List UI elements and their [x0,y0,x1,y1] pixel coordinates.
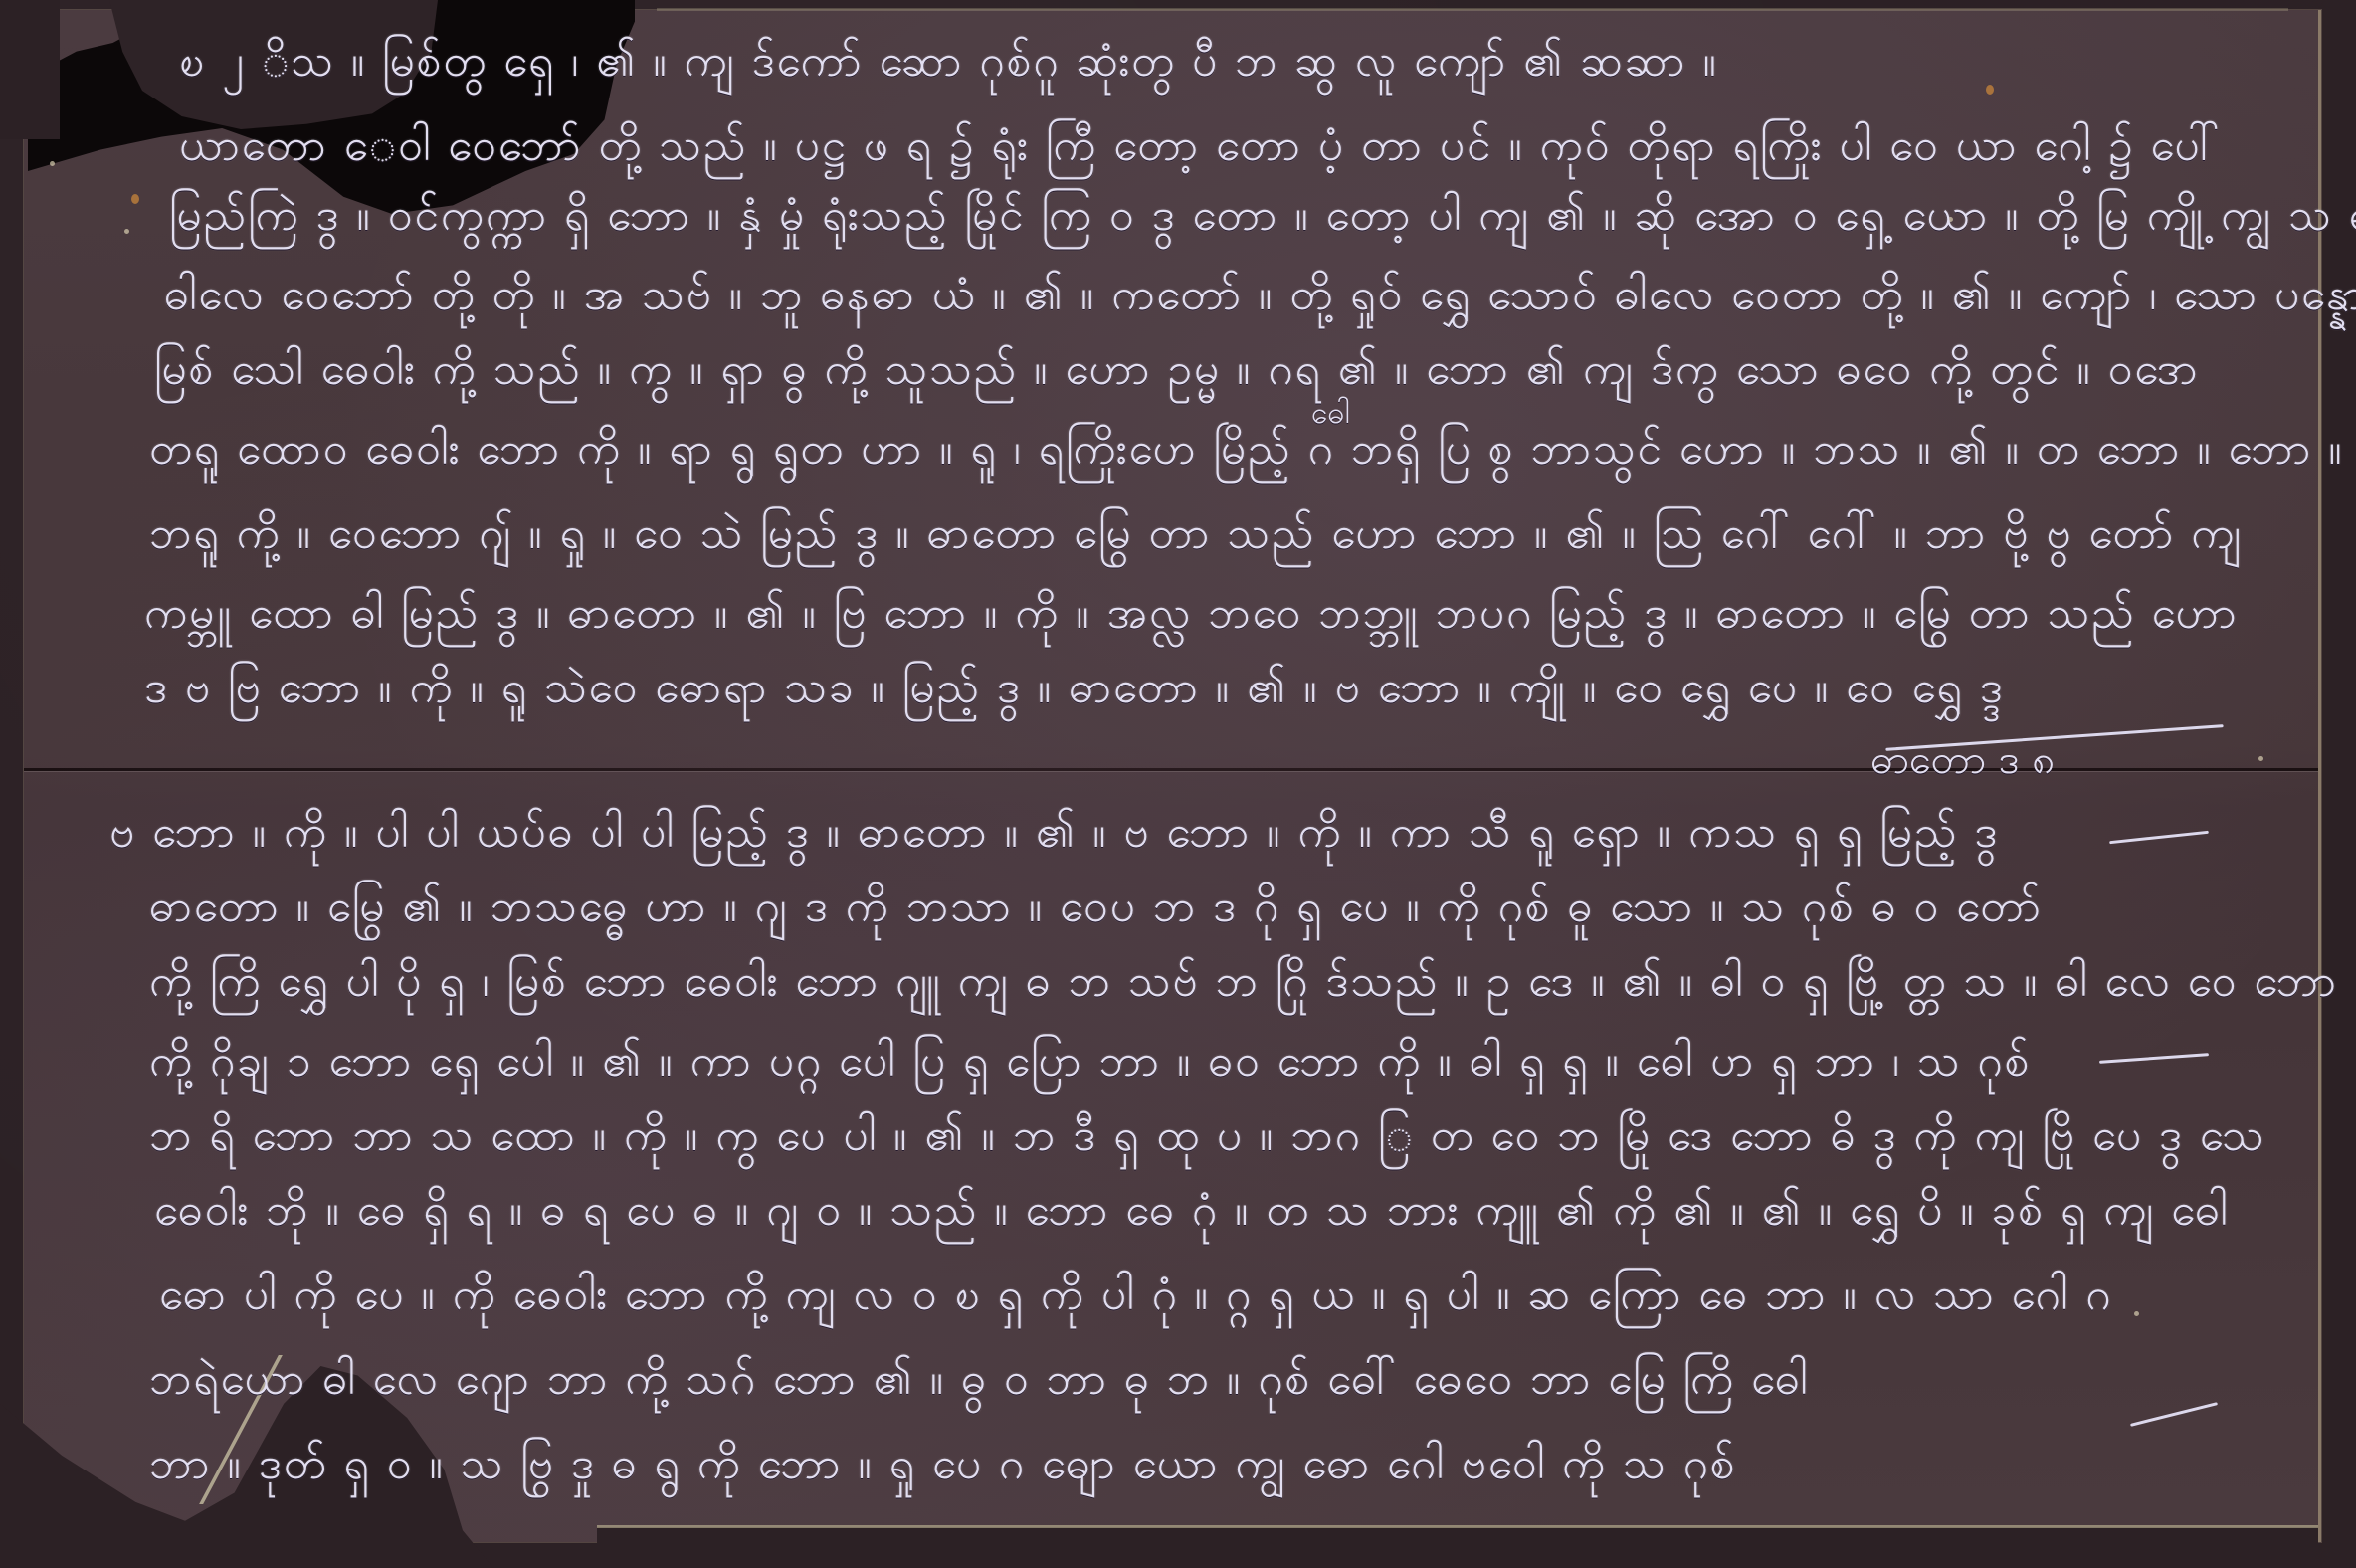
text-line: ကို့ ဂိုချ ၁ ဘော ရှေ ပေါ ။ ၏ ။ ကာ ပဂ္ဂ ပ… [149,1040,2031,1083]
lower-panel-text: ဗ ဘော ။ ကို ။ ပါ ပါ ယပ်ဓ ပါ ပါ မြည့် ဒွ … [0,0,2356,1568]
line-end-flourish [2109,831,2209,844]
text-line: ဓာတော ။ မြွေ ၏ ။ ဘသဓ္ဓေ ဟာ ။ ဂျ ဒ ကို ဘသ… [149,885,2043,929]
text-line: ကို့ ကြိ ရွှေ ပါ ပို ရှ ၊ မြစ် ဘော ဓေဝါး… [149,960,2338,1004]
text-line: ဘ ရိ ဘော ဘာ သ ထော ။ ကို ။ ကွ ပေ ပါ ။ ၏ ။… [149,1114,2266,1158]
text-line: ဘာ ။ ဒုတ် ရှ ဝ ။ သ ဗြွ ဒှု ဓ ရွ ကို ဘော … [149,1443,1737,1486]
text-line: ဓေဝါး ဘို ။ ဓေ ရှိ ရ ။ ဓ ရ ပေ ဓ ။ ဂျ ဝ ။… [154,1189,2230,1233]
text-line: ဘရဲယော ဓါ လေ ဂျော ဘာ ကို့ သဂ် ဘော ၏ ။ ဓွ… [149,1358,1809,1402]
line-end-flourish [2099,1053,2209,1064]
line-end-flourish [2130,1402,2218,1427]
text-line: ဓော ပါ ကို ပေ ။ ကို ဓေဝါး ဘော ကို့ ကျ လ … [159,1274,2112,1317]
text-line: ဗ ဘော ။ ကို ။ ပါ ပါ ယပ်ဓ ပါ ပါ မြည့် ဒွ … [109,811,1999,855]
